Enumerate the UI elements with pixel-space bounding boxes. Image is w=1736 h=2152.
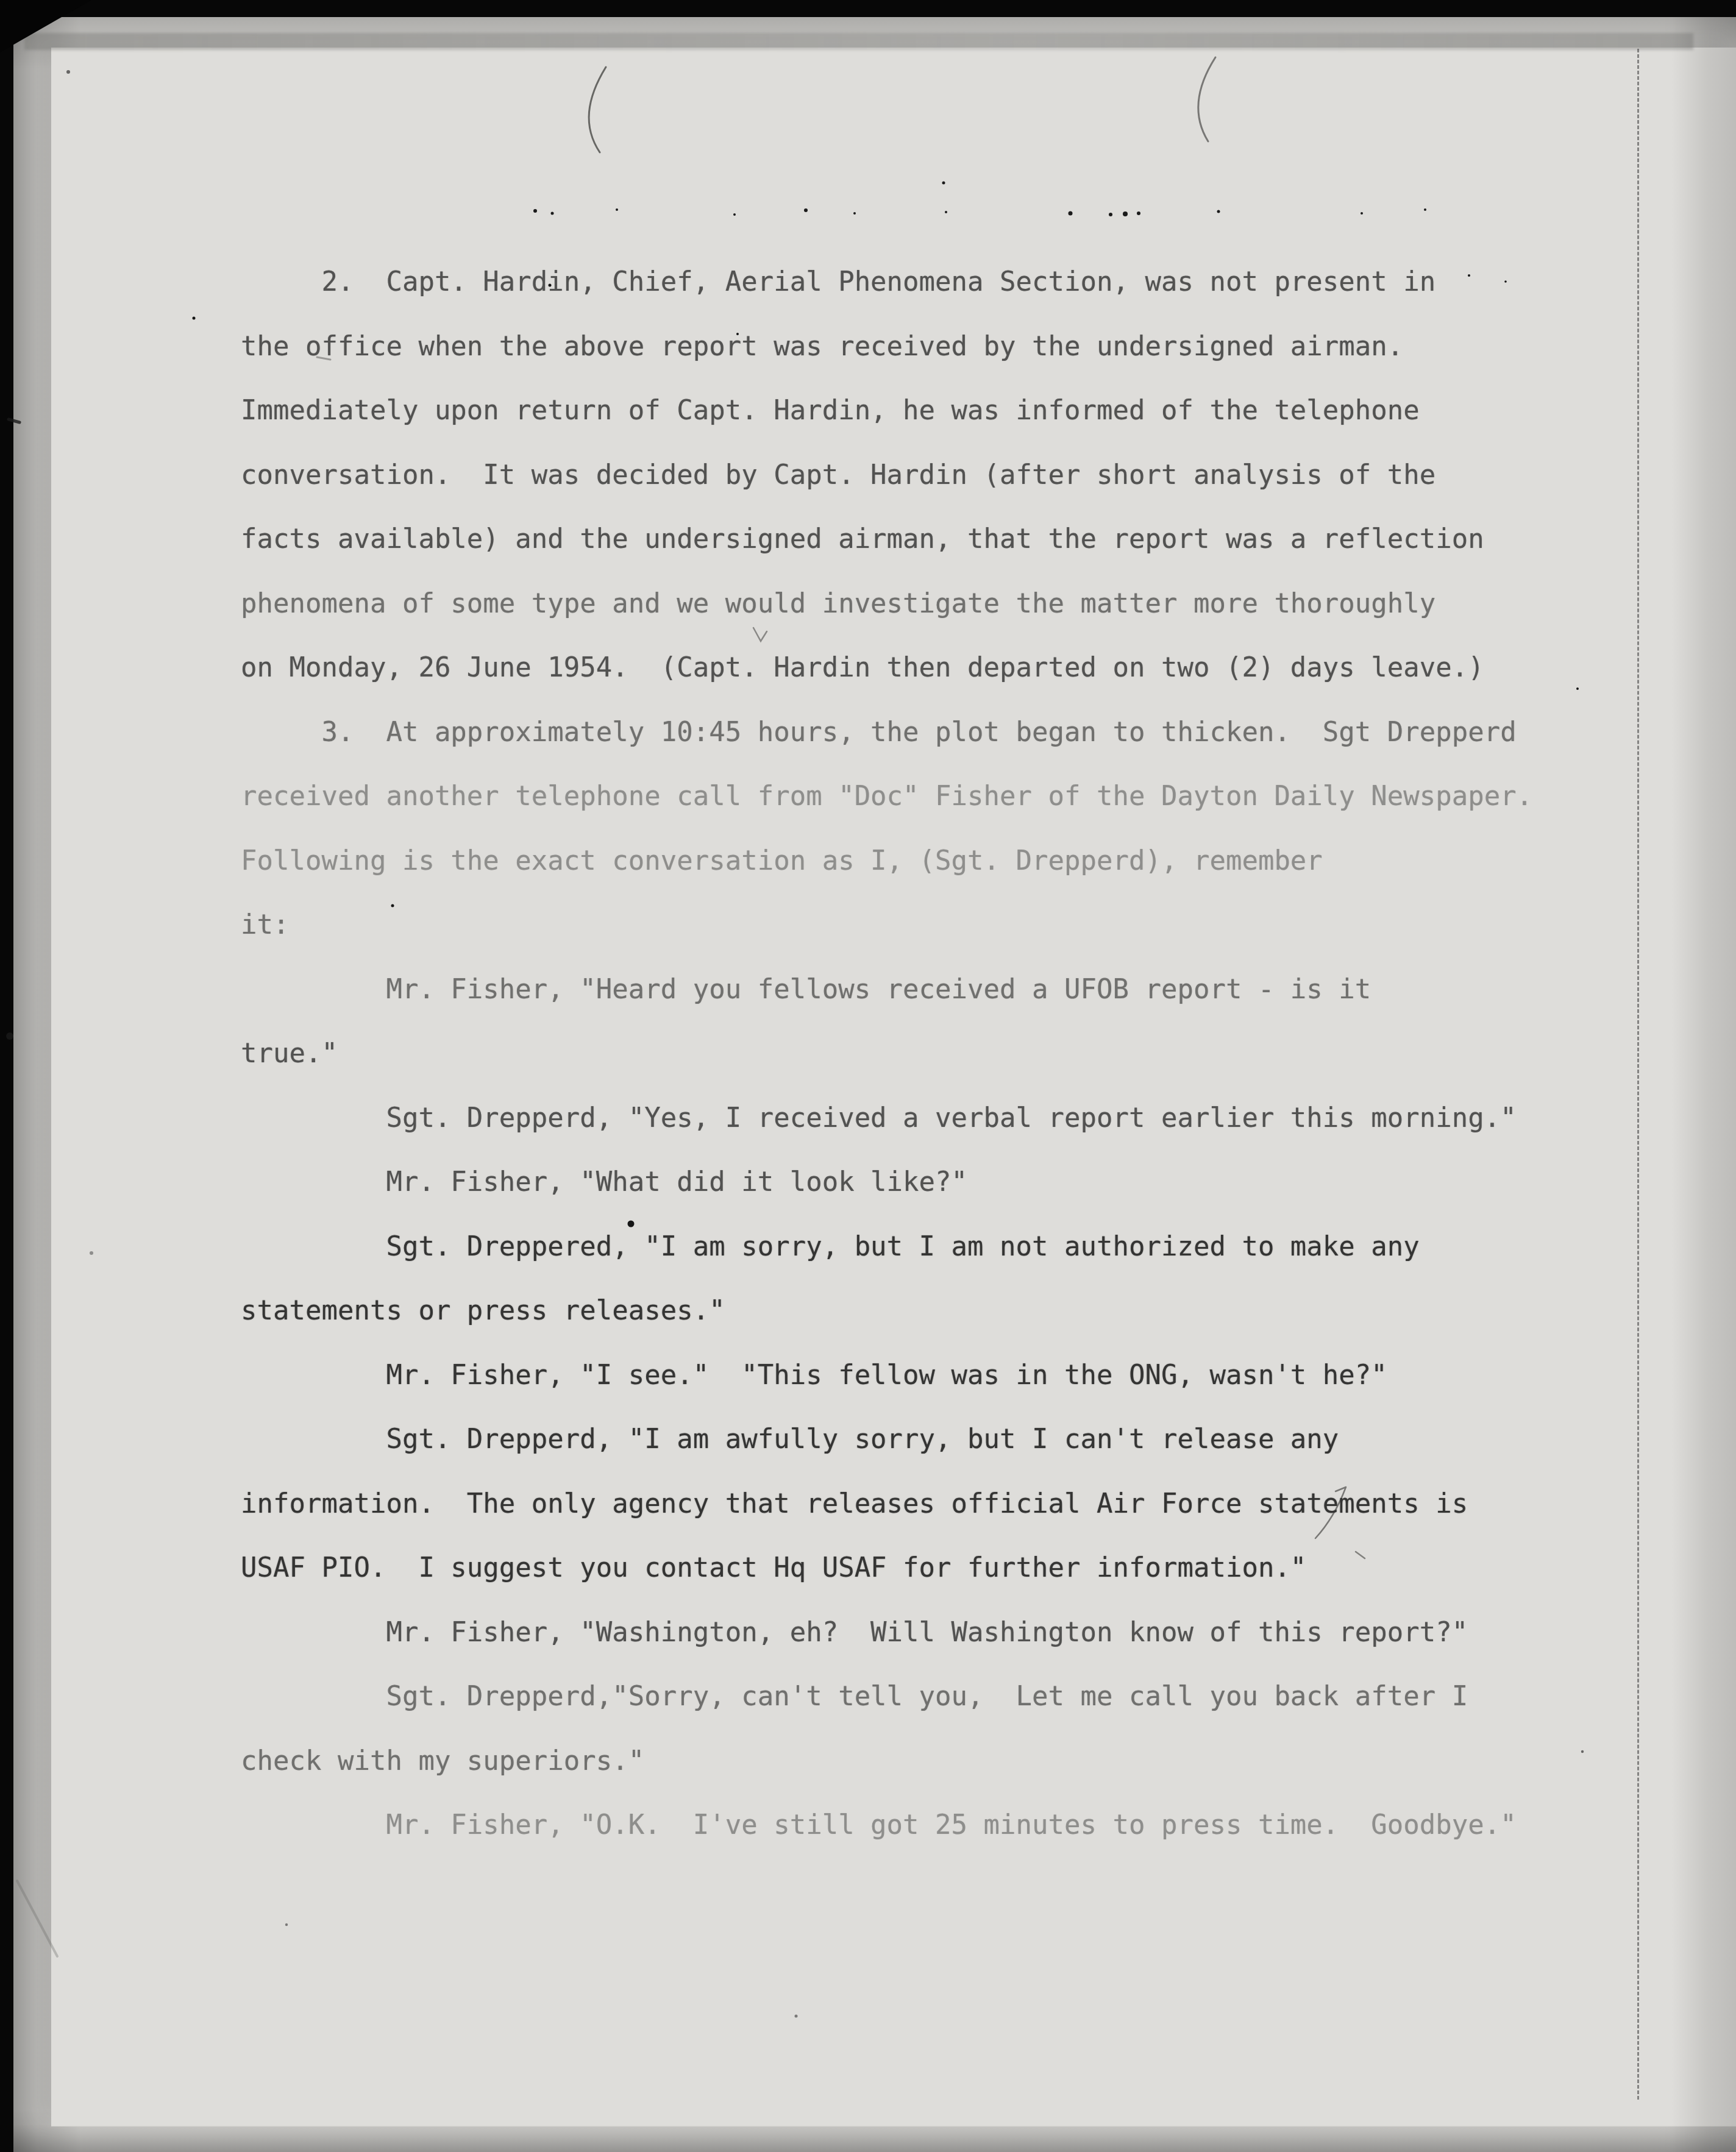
text-line: phenomena of some type and we would inve… bbox=[241, 572, 1532, 636]
text-line: received another telephone call from "Do… bbox=[241, 764, 1532, 829]
text-line: Sgt. Dreppered, "I am sorry, but I am no… bbox=[241, 1215, 1532, 1279]
text-line: on Monday, 26 June 1954. (Capt. Hardin t… bbox=[241, 636, 1532, 700]
text-line: the office when the above report was rec… bbox=[241, 314, 1532, 379]
typewritten-text: 2. Capt. Hardin, Chief, Aerial Phenomena… bbox=[241, 250, 1532, 1858]
text-line: Mr. Fisher, "Heard you fellows received … bbox=[241, 957, 1532, 1022]
text-line: information. The only agency that releas… bbox=[241, 1472, 1532, 1536]
text-line: true." bbox=[241, 1021, 1532, 1086]
text-line: statements or press releases." bbox=[241, 1279, 1532, 1343]
text-line: facts available) and the undersigned air… bbox=[241, 507, 1532, 572]
text-line: it: bbox=[241, 893, 1532, 957]
scanner-top-streak bbox=[24, 33, 1693, 50]
text-line: Mr. Fisher, "O.K. I've still got 25 minu… bbox=[241, 1793, 1532, 1858]
text-line: conversation. It was decided by Capt. Ha… bbox=[241, 443, 1532, 508]
text-line: USAF PIO. I suggest you contact Hq USAF … bbox=[241, 1536, 1532, 1600]
text-line: Following is the exact conversation as I… bbox=[241, 829, 1532, 893]
scanned-page: { "page": { "kind": "scanned typewritten… bbox=[0, 0, 1736, 2152]
text-line: Mr. Fisher, "I see." "This fellow was in… bbox=[241, 1343, 1532, 1408]
text-line: Mr. Fisher, "Washington, eh? Will Washin… bbox=[241, 1600, 1532, 1665]
margin-dashed-line bbox=[1637, 49, 1639, 2100]
text-line: Immediately upon return of Capt. Hardin,… bbox=[241, 378, 1532, 443]
text-line: Mr. Fisher, "What did it look like?" bbox=[241, 1150, 1532, 1215]
text-line: 2. Capt. Hardin, Chief, Aerial Phenomena… bbox=[241, 250, 1532, 314]
bottom-edge-shade bbox=[13, 2124, 1736, 2152]
right-edge-shade bbox=[1671, 17, 1736, 2152]
text-line: check with my superiors." bbox=[241, 1729, 1532, 1794]
text-line: Sgt. Drepperd, "Yes, I received a verbal… bbox=[241, 1086, 1532, 1151]
text-line: Sgt. Drepperd, "I am awfully sorry, but … bbox=[241, 1407, 1532, 1472]
text-line: 3. At approximately 10:45 hours, the plo… bbox=[241, 700, 1532, 765]
text-line: Sgt. Drepperd,"Sorry, can't tell you, Le… bbox=[241, 1664, 1532, 1729]
